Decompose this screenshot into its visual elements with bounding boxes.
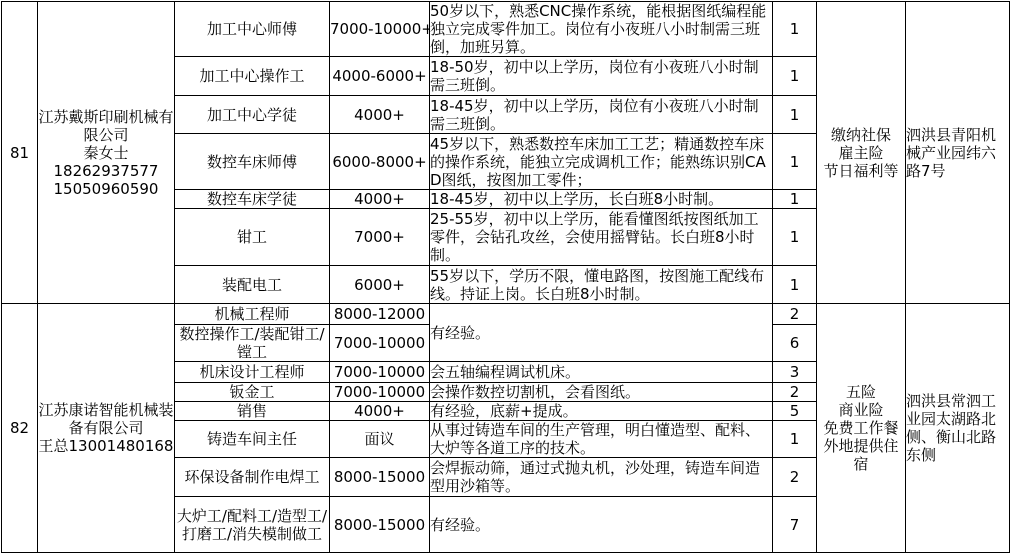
headcount-cell: 1	[773, 134, 817, 190]
job-title-cell: 机床设计工程师	[175, 362, 330, 383]
job-listings-table: 81 江苏戴斯印刷机械有限公司 秦女士 18262937577 15050960…	[1, 1, 1010, 553]
benefits-cell: 缴纳社保 雇主险 节日福利等	[817, 2, 906, 304]
salary-cell: 6000-8000+	[330, 134, 430, 190]
salary-cell: 8000-15000	[330, 497, 430, 553]
salary-cell: 7000-10000	[330, 325, 430, 362]
requirements-cell: 会操作数控切割机，会看图纸。	[430, 383, 773, 402]
entry-id: 82	[2, 304, 38, 553]
headcount-cell: 2	[773, 383, 817, 402]
salary-cell: 7000-10000	[330, 362, 430, 383]
salary-cell: 6000+	[330, 266, 430, 304]
requirements-cell: 25-55岁，初中以上学历，能看懂图纸按图纸加工零件，会钻孔攻丝，会使用摇臂钻。…	[430, 209, 773, 266]
salary-cell: 4000+	[330, 96, 430, 134]
salary-cell: 4000+	[330, 190, 430, 209]
salary-cell: 8000-15000	[330, 458, 430, 497]
headcount-cell: 1	[773, 2, 817, 57]
headcount-cell: 1	[773, 209, 817, 266]
job-title-cell: 大炉工/配料工/造型工/打磨工/消失模制做工	[175, 497, 330, 553]
headcount-cell: 1	[773, 96, 817, 134]
address-cell: 泗洪县青阳机械产业园纬六路7号	[906, 2, 1010, 304]
requirements-cell: 有经验。	[430, 304, 773, 362]
salary-cell: 面议	[330, 421, 430, 458]
requirements-cell: 会焊振动筛，通过式抛丸机，沙处理，铸造车间造型用沙箱等。	[430, 458, 773, 497]
headcount-cell: 6	[773, 325, 817, 362]
job-title-cell: 装配电工	[175, 266, 330, 304]
job-title-cell: 钣金工	[175, 383, 330, 402]
company-cell: 江苏康诺智能机械装备有限公司 王总13001480168	[38, 304, 175, 553]
job-title-cell: 数控车床师傅	[175, 134, 330, 190]
headcount-cell: 1	[773, 266, 817, 304]
benefits-cell: 五险 商业险 免费工作餐 外地提供住宿	[817, 304, 906, 553]
headcount-cell: 2	[773, 458, 817, 497]
headcount-cell: 5	[773, 402, 817, 421]
salary-cell: 8000-12000	[330, 304, 430, 325]
job-title-cell: 加工中心操作工	[175, 57, 330, 96]
requirements-cell: 有经验。	[430, 497, 773, 553]
company-cell: 江苏戴斯印刷机械有限公司 秦女士 18262937577 15050960590	[38, 2, 175, 304]
requirements-cell: 55岁以下，学历不限，懂电路图，按图施工配线布线。持证上岗。长白班8小时制。	[430, 266, 773, 304]
job-title-cell: 钳工	[175, 209, 330, 266]
entry-id: 81	[2, 2, 38, 304]
salary-cell: 4000-6000+	[330, 57, 430, 96]
headcount-cell: 1	[773, 190, 817, 209]
job-title-cell: 销售	[175, 402, 330, 421]
salary-cell: 7000-10000	[330, 383, 430, 402]
job-title-cell: 机械工程师	[175, 304, 330, 325]
job-title-cell: 环保设备制作电焊工	[175, 458, 330, 497]
requirements-cell: 18-50岁，初中以上学历，岗位有小夜班八小时制需三班倒。	[430, 57, 773, 96]
requirements-cell: 会五轴编程调试机床。	[430, 362, 773, 383]
salary-cell: 4000+	[330, 402, 430, 421]
requirements-cell: 18-45岁，初中以上学历，长白班8小时制。	[430, 190, 773, 209]
job-title-cell: 铸造车间主任	[175, 421, 330, 458]
headcount-cell: 1	[773, 421, 817, 458]
job-title-cell: 加工中心师傅	[175, 2, 330, 57]
headcount-cell: 2	[773, 304, 817, 325]
address-cell: 泗洪县常泗工业园太湖路北侧、衡山北路东侧	[906, 304, 1010, 553]
requirements-cell: 从事过铸造车间的生产管理，明白懂造型、配料、大炉等各道工序的技术。	[430, 421, 773, 458]
job-title-cell: 数控车床学徒	[175, 190, 330, 209]
headcount-cell: 3	[773, 362, 817, 383]
requirements-cell: 50岁以下，熟悉CNC操作系统，能根据图纸编程能独立完成零件加工。岗位有小夜班八…	[430, 2, 773, 57]
job-title-cell: 加工中心学徒	[175, 96, 330, 134]
headcount-cell: 7	[773, 497, 817, 553]
table-row: 81 江苏戴斯印刷机械有限公司 秦女士 18262937577 15050960…	[2, 2, 1010, 57]
table-row: 82 江苏康诺智能机械装备有限公司 王总13001480168 机械工程师 80…	[2, 304, 1010, 325]
requirements-cell: 有经验，底薪+提成。	[430, 402, 773, 421]
requirements-cell: 18-45岁，初中以上学历，岗位有小夜班八小时制需三班倒。	[430, 96, 773, 134]
salary-cell: 7000+	[330, 209, 430, 266]
job-title-cell: 数控操作工/装配钳工/镗工	[175, 325, 330, 362]
requirements-cell: 45岁以下，熟悉数控车床加工工艺；精通数控车床的操作系统，能独立完成调机工作；能…	[430, 134, 773, 190]
salary-cell: 7000-10000+	[330, 2, 430, 57]
headcount-cell: 1	[773, 57, 817, 96]
